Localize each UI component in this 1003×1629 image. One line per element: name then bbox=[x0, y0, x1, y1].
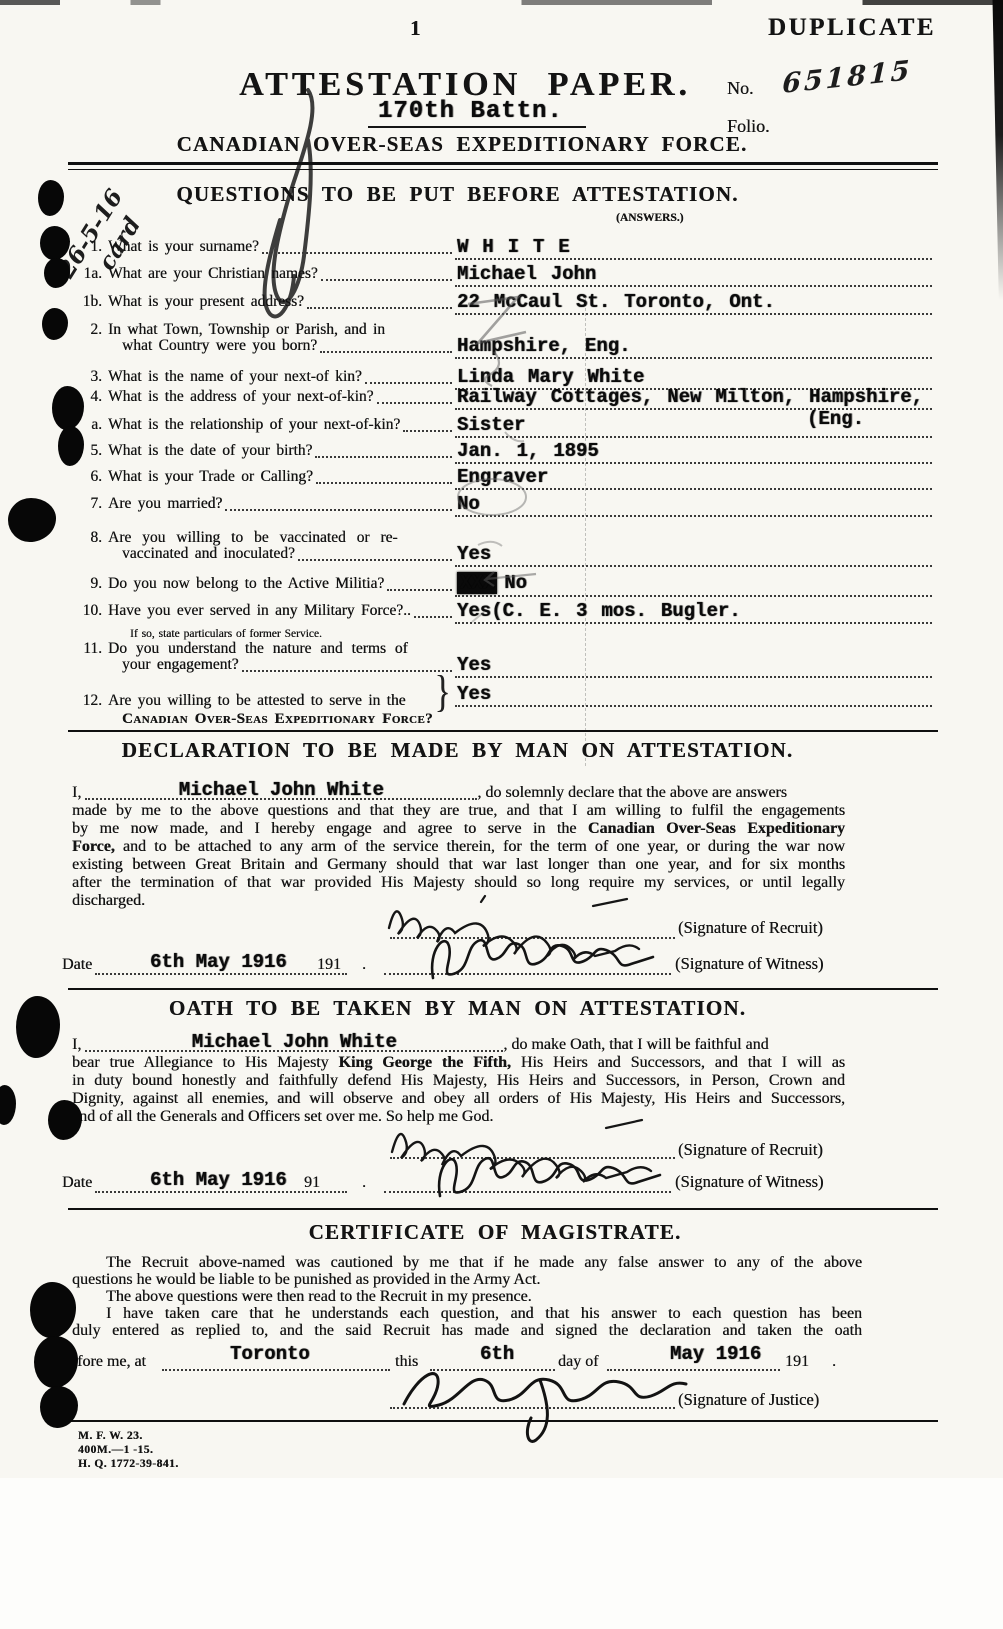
oath-line1: , do make Oath, that I will be faithful … bbox=[503, 1036, 768, 1054]
section-rule-2 bbox=[68, 988, 938, 990]
date-label: Date bbox=[62, 956, 92, 974]
ink-blot bbox=[30, 1282, 76, 1338]
year-period: . bbox=[832, 1353, 836, 1371]
i-label: I, bbox=[72, 1036, 81, 1054]
name-dotted-line: Michael John White bbox=[85, 1036, 503, 1054]
footer-rule bbox=[68, 1420, 938, 1422]
year-period: . bbox=[362, 956, 366, 974]
justice-signature bbox=[398, 1352, 698, 1444]
magistrate-line: The above questions were then read to th… bbox=[72, 1288, 862, 1305]
oath-line: bear true Allegiance to His Majesty King… bbox=[72, 1054, 845, 1072]
year-label: 91 bbox=[304, 1174, 320, 1192]
page-bottom bbox=[0, 1478, 1003, 1629]
magistrate-line: The Recruit above-named was cautioned by… bbox=[72, 1254, 862, 1271]
footer-print-run: 400M.—1 -15. bbox=[78, 1444, 153, 1456]
ink-blot bbox=[16, 996, 60, 1058]
declaration-line: existing between Great Britain and Germa… bbox=[72, 856, 845, 874]
ink-blot bbox=[34, 1336, 78, 1388]
typed-date: 6th May 1916 bbox=[150, 953, 287, 972]
footer-hq-code: H. Q. 1772-39-841. bbox=[78, 1458, 179, 1470]
signature-of-recruit-label: (Signature of Recruit) bbox=[678, 918, 823, 938]
signature-of-witness-label: (Signature of Witness) bbox=[675, 954, 823, 974]
signature-of-justice-label: (Signature of Justice) bbox=[678, 1390, 819, 1410]
declaration-line: Force, and to be attached to any arm of … bbox=[72, 838, 845, 856]
magistrate-line: duly entered as replied to, and the said… bbox=[72, 1322, 862, 1339]
magistrate-line: questions he would be liable to be punis… bbox=[72, 1271, 862, 1288]
oath-line: Dignity, against all enemies, and will o… bbox=[72, 1090, 845, 1108]
declaration-line: made by me to the above questions and th… bbox=[72, 802, 845, 820]
date-label: Date bbox=[62, 1174, 92, 1192]
witness-signature bbox=[425, 928, 660, 986]
attestation-paper-scan: 26-5-16 card 1 DUPLICATE ATTESTATION PAP… bbox=[0, 0, 1003, 1629]
ink-blot bbox=[0, 1085, 16, 1125]
year-label: 191 bbox=[317, 956, 341, 974]
witness-signature bbox=[432, 1146, 667, 1204]
year-period: . bbox=[362, 1174, 366, 1192]
year-label: 191 bbox=[785, 1353, 809, 1371]
section-rule-3 bbox=[68, 1208, 938, 1210]
signature-of-witness-label: (Signature of Witness) bbox=[675, 1172, 823, 1192]
declaration-line: by me now made, and I hereby engage and … bbox=[72, 820, 845, 838]
footer-form-code: M. F. W. 23. bbox=[78, 1430, 143, 1442]
magistrate-line: I have taken care that he understands ea… bbox=[72, 1305, 862, 1322]
oath-heading: OATH TO BE TAKEN BY MAN ON ATTESTATION. bbox=[0, 996, 915, 1021]
typed-place: Toronto bbox=[230, 1345, 310, 1364]
signature-of-recruit-label: (Signature of Recruit) bbox=[678, 1140, 823, 1160]
magistrate-paragraphs: The Recruit above-named was cautioned by… bbox=[72, 1254, 862, 1339]
ink-blot bbox=[48, 1100, 82, 1140]
place-dotted-line bbox=[162, 1369, 390, 1371]
oath-line: in duty bound honestly and faithfully de… bbox=[72, 1072, 845, 1090]
declaration-line: after the termination of that war provid… bbox=[72, 874, 845, 892]
typed-date: 6th May 1916 bbox=[150, 1171, 287, 1190]
date-dotted-line bbox=[95, 973, 347, 975]
pencil-marks bbox=[0, 0, 1003, 800]
typed-name: Michael John White bbox=[192, 1033, 397, 1052]
magistrate-heading: CERTIFICATE OF MAGISTRATE. bbox=[0, 1220, 990, 1245]
